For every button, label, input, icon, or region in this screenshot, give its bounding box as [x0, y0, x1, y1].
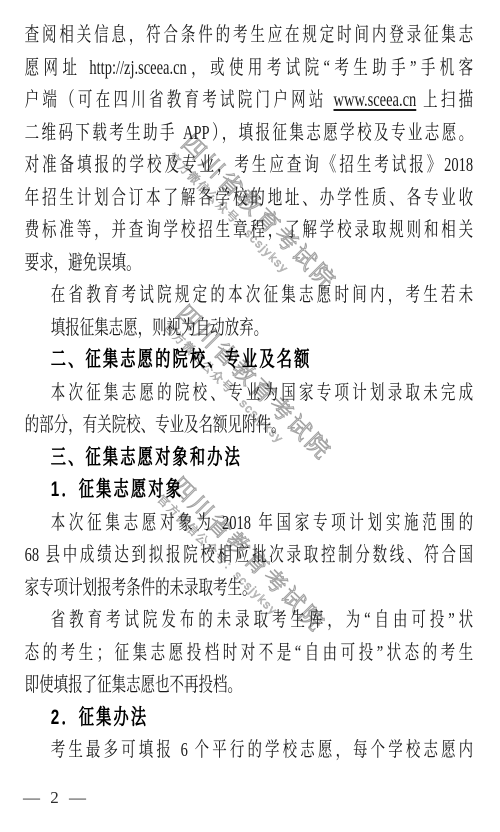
text-line: 省教育考试院发布的未录取考生库，为“自由可投”状	[25, 604, 474, 637]
text-line: 的部分，有关院校、专业及名额见附件。	[25, 409, 474, 442]
section-heading: 二、征集志愿的院校、专业及名额	[25, 344, 474, 377]
text-line: 对准备填报的学校及专业，考生应查询《招生考试报》2018	[25, 149, 474, 182]
text-line: 年招生计划合订本了解各学校的地址、办学性质、各专业收	[25, 182, 474, 215]
text-line: 家专项计划报考条件的未录取考生。	[25, 572, 474, 605]
text-line: 本次征集志愿对象为 2018 年国家专项计划实施范围的	[25, 507, 474, 540]
text-line: 要求，避免误填。	[25, 247, 474, 280]
document-body: 查阅相关信息，符合条件的考生应在规定时间内登录征集志 愿网址 http://zj…	[0, 0, 500, 767]
text-line: 费标准等，并查询学校招生章程，了解学校录取规则和相关	[25, 214, 474, 247]
text-line: 考生最多可填报 6 个平行的学校志愿，每个学校志愿内	[25, 734, 474, 767]
section-heading: 三、征集志愿对象和办法	[25, 442, 474, 475]
text-line: 本次征集志愿的院校、专业为国家专项计划录取未完成	[25, 377, 474, 410]
document-page: 四川省教育考试院 官方微信公众号：scsjyksy 四川省教育考试院 官方微信公…	[0, 0, 500, 832]
text-line: 愿网址 http://zj.sceea.cn，或使用考试院“考生助手”手机客	[25, 52, 474, 85]
subsection-heading: 1．征集志愿对象	[25, 474, 474, 507]
underlined-url: www.sceea.cn	[334, 89, 417, 111]
text-line: 填报征集志愿，则视为自动放弃。	[25, 312, 474, 345]
text-line: 态的考生；征集志愿投档时对不是“自由可投”状态的考生	[25, 637, 474, 670]
text-line: 即使填报了征集志愿也不再投档。	[25, 669, 474, 702]
subsection-heading: 2．征集办法	[25, 702, 474, 735]
text-line: 二维码下载考生助手 APP），填报征集志愿学校及专业志愿。	[25, 117, 474, 150]
text-segment: 上扫描	[416, 89, 473, 111]
text-segment: 户端（可在四川省教育考试院门户网站	[25, 89, 334, 111]
text-line: 户端（可在四川省教育考试院门户网站 www.sceea.cn 上扫描	[25, 84, 474, 117]
page-number: — 2 —	[23, 788, 89, 808]
text-line: 在省教育考试院规定的本次征集志愿时间内，考生若未	[25, 279, 474, 312]
text-line: 68 县中成绩达到拟报院校相应批次录取控制分数线、符合国	[25, 539, 474, 572]
text-line: 查阅相关信息，符合条件的考生应在规定时间内登录征集志	[25, 19, 474, 52]
